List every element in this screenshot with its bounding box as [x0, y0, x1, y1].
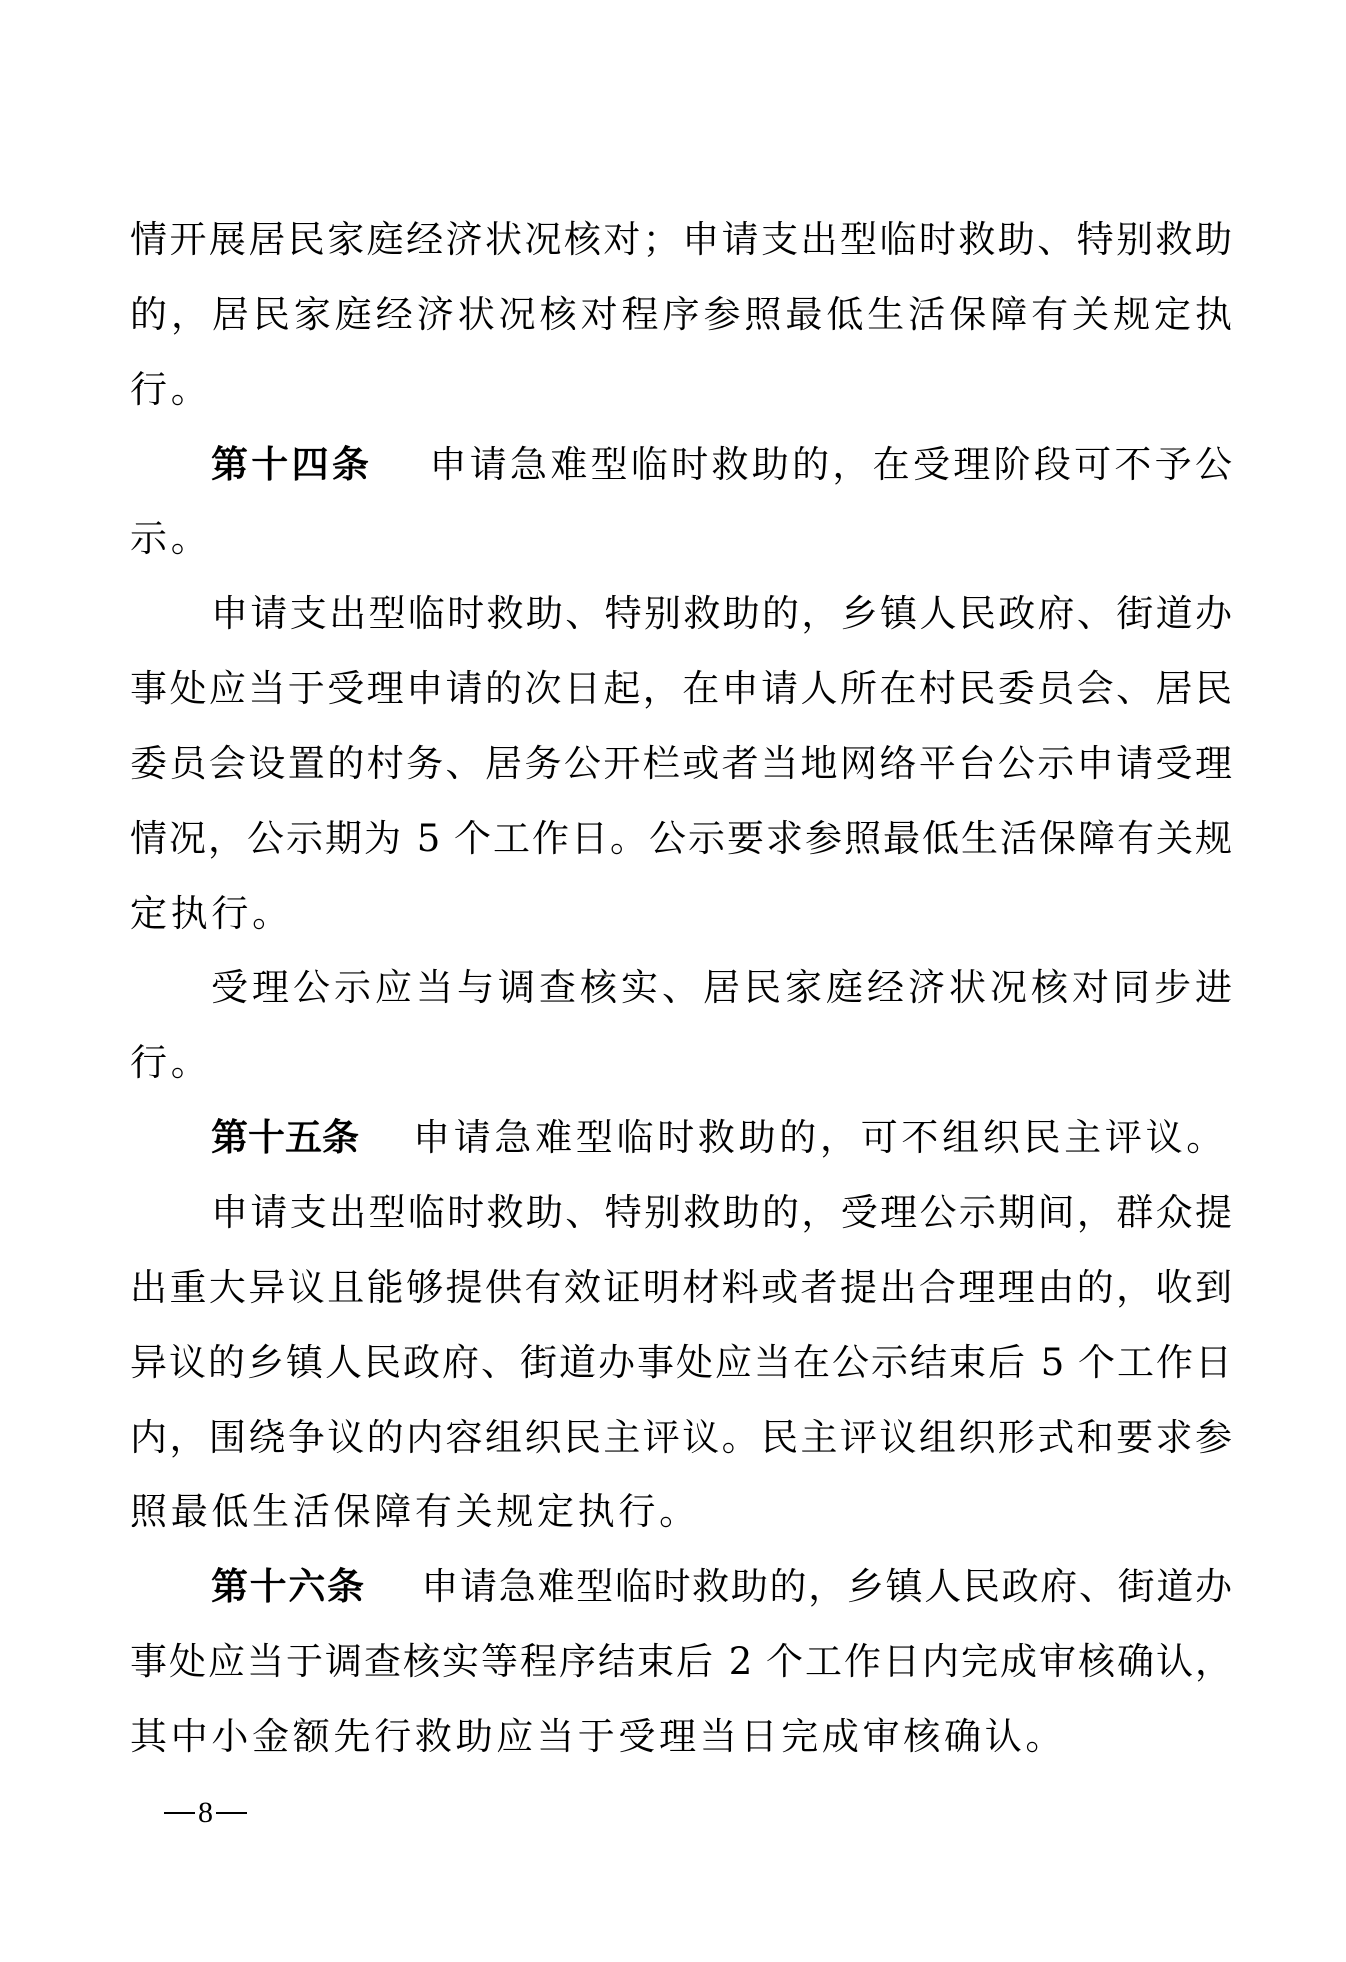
- article-14-text: 申请急难型临时救助的，在受理阶段可不予公: [426, 443, 1232, 486]
- article-14-first-line: 第十四条申请急难型临时救助的，在受理阶段可不予公: [130, 428, 1232, 503]
- text-line: 示。: [130, 502, 1232, 577]
- article-15-text: 申请急难型临时救助的，可不组织民主评议。: [413, 1116, 1227, 1159]
- text-line: 内，围绕争议的内容组织民主评议。民主评议组织形式和要求参: [130, 1401, 1232, 1476]
- article-16-first-line: 第十六条申请急难型临时救助的，乡镇人民政府、街道办: [130, 1550, 1232, 1625]
- paragraph-first-line: 申请支出型临时救助、特别救助的，乡镇人民政府、街道办: [130, 577, 1232, 652]
- page-number-dash-right: [216, 1812, 247, 1814]
- text-line: 异议的乡镇人民政府、街道办事处应当在公示结束后 5 个工作日: [130, 1326, 1232, 1401]
- article-16-text: 申请急难型临时救助的，乡镇人民政府、街道办: [420, 1565, 1232, 1608]
- article-heading-16: 第十六条: [211, 1565, 366, 1608]
- text-line: 出重大异议且能够提供有效证明材料或者提出合理理由的，收到: [130, 1251, 1232, 1326]
- document-page: 情开展居民家庭经济状况核对；申请支出型临时救助、特别救助 的，居民家庭经济状况核…: [0, 0, 1346, 1962]
- article-15-first-line: 第十五条申请急难型临时救助的，可不组织民主评议。: [130, 1101, 1232, 1176]
- text-line: 情况，公示期为 5 个工作日。公示要求参照最低生活保障有关规: [130, 802, 1232, 877]
- article-heading-15: 第十五条: [211, 1116, 359, 1159]
- page-number-dash-left: [164, 1812, 195, 1814]
- document-body: 情开展居民家庭经济状况核对；申请支出型临时救助、特别救助 的，居民家庭经济状况核…: [130, 203, 1232, 1775]
- page-number: 8: [164, 1796, 247, 1830]
- text-line: 行。: [130, 353, 1232, 428]
- text-line: 委员会设置的村务、居务公开栏或者当地网络平台公示申请受理: [130, 727, 1232, 802]
- article-heading-14: 第十四条: [211, 443, 372, 486]
- text-line: 事处应当于调查核实等程序结束后 2 个工作日内完成审核确认，: [130, 1625, 1232, 1700]
- text-line: 事处应当于受理申请的次日起，在申请人所在村民委员会、居民: [130, 652, 1232, 727]
- paragraph-first-line: 受理公示应当与调查核实、居民家庭经济状况核对同步进: [130, 951, 1232, 1026]
- text-line: 定执行。: [130, 877, 1232, 952]
- page-number-value: 8: [195, 1796, 216, 1830]
- text-line: 行。: [130, 1026, 1232, 1101]
- text-line: 照最低生活保障有关规定执行。: [130, 1475, 1232, 1550]
- text-line: 情开展居民家庭经济状况核对；申请支出型临时救助、特别救助: [130, 203, 1232, 278]
- text-line: 的，居民家庭经济状况核对程序参照最低生活保障有关规定执: [130, 278, 1232, 353]
- paragraph-first-line: 申请支出型临时救助、特别救助的，受理公示期间，群众提: [130, 1176, 1232, 1251]
- text-line: 其中小金额先行救助应当于受理当日完成审核确认。: [130, 1700, 1232, 1775]
